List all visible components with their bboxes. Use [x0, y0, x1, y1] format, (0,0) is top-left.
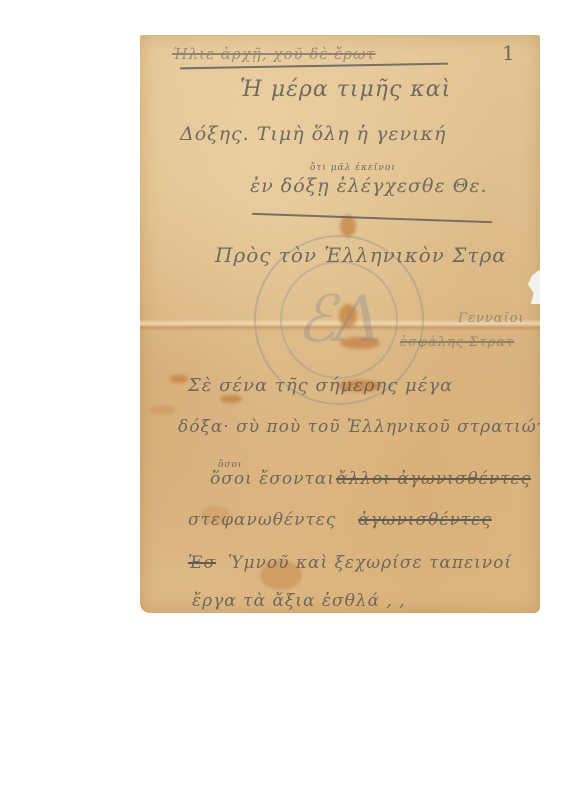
- struck-text: Ἐσ: [188, 553, 216, 573]
- interlinear-text: ὅτι μᾶλ ἐκεῖνοι: [310, 163, 396, 173]
- text-line: ὅσοι ἔσονται: [210, 469, 335, 489]
- struck-text: ἄλλοι ἀγωνισθέντες: [336, 469, 531, 489]
- stain: [340, 215, 356, 237]
- paper-tear: [528, 268, 540, 304]
- page-number: 1: [502, 41, 516, 65]
- text-line: στεφανωθέντες: [188, 510, 336, 530]
- stain: [220, 395, 242, 403]
- text-line: Γενναῖοι: [458, 311, 525, 326]
- stain: [170, 375, 188, 383]
- text-line: ἔργα τὰ ἄξια ἐσθλά , ,: [192, 591, 406, 611]
- section-rule: [252, 213, 492, 223]
- text-line: Ήλιε ἀρχῇ, χοῦ δὲ ἔρωτ: [172, 45, 376, 63]
- stain: [150, 405, 176, 415]
- text-line: Ὑμνοῦ καὶ ξεχωρίσε ταπεινοί: [228, 553, 512, 573]
- stamp-monogram: ℰΛ: [280, 261, 398, 379]
- text-line: ἐσφάλης Στρατ: [400, 335, 514, 350]
- manuscript-page: ℰΛ Ήλιε ἀρχῇ, χοῦ δὲ ἔρωτ 1 Ἡ μέρα τιμῆς…: [140, 35, 540, 613]
- text-line: δόξα· σὺ ποὺ τοῦ Ἑλληνικοῦ στρατιώτης: [178, 417, 540, 437]
- text-line: Πρὸς τὸν Ἑλληνικὸν Στρα: [215, 243, 507, 267]
- text-line: ἐν δόξῃ ἐλέγχεσθε Θε.: [250, 175, 488, 197]
- text-line: Ἡ μέρα τιμῆς καὶ: [240, 77, 451, 102]
- struck-text: ἀγωνισθέντες: [358, 510, 492, 530]
- strike-rule: [180, 63, 448, 69]
- text-line: Δόξης. Τιμὴ ὅλη ἡ γενική: [180, 123, 446, 145]
- text-line: Σὲ σένα τῆς σήμερης μέγα: [188, 375, 453, 396]
